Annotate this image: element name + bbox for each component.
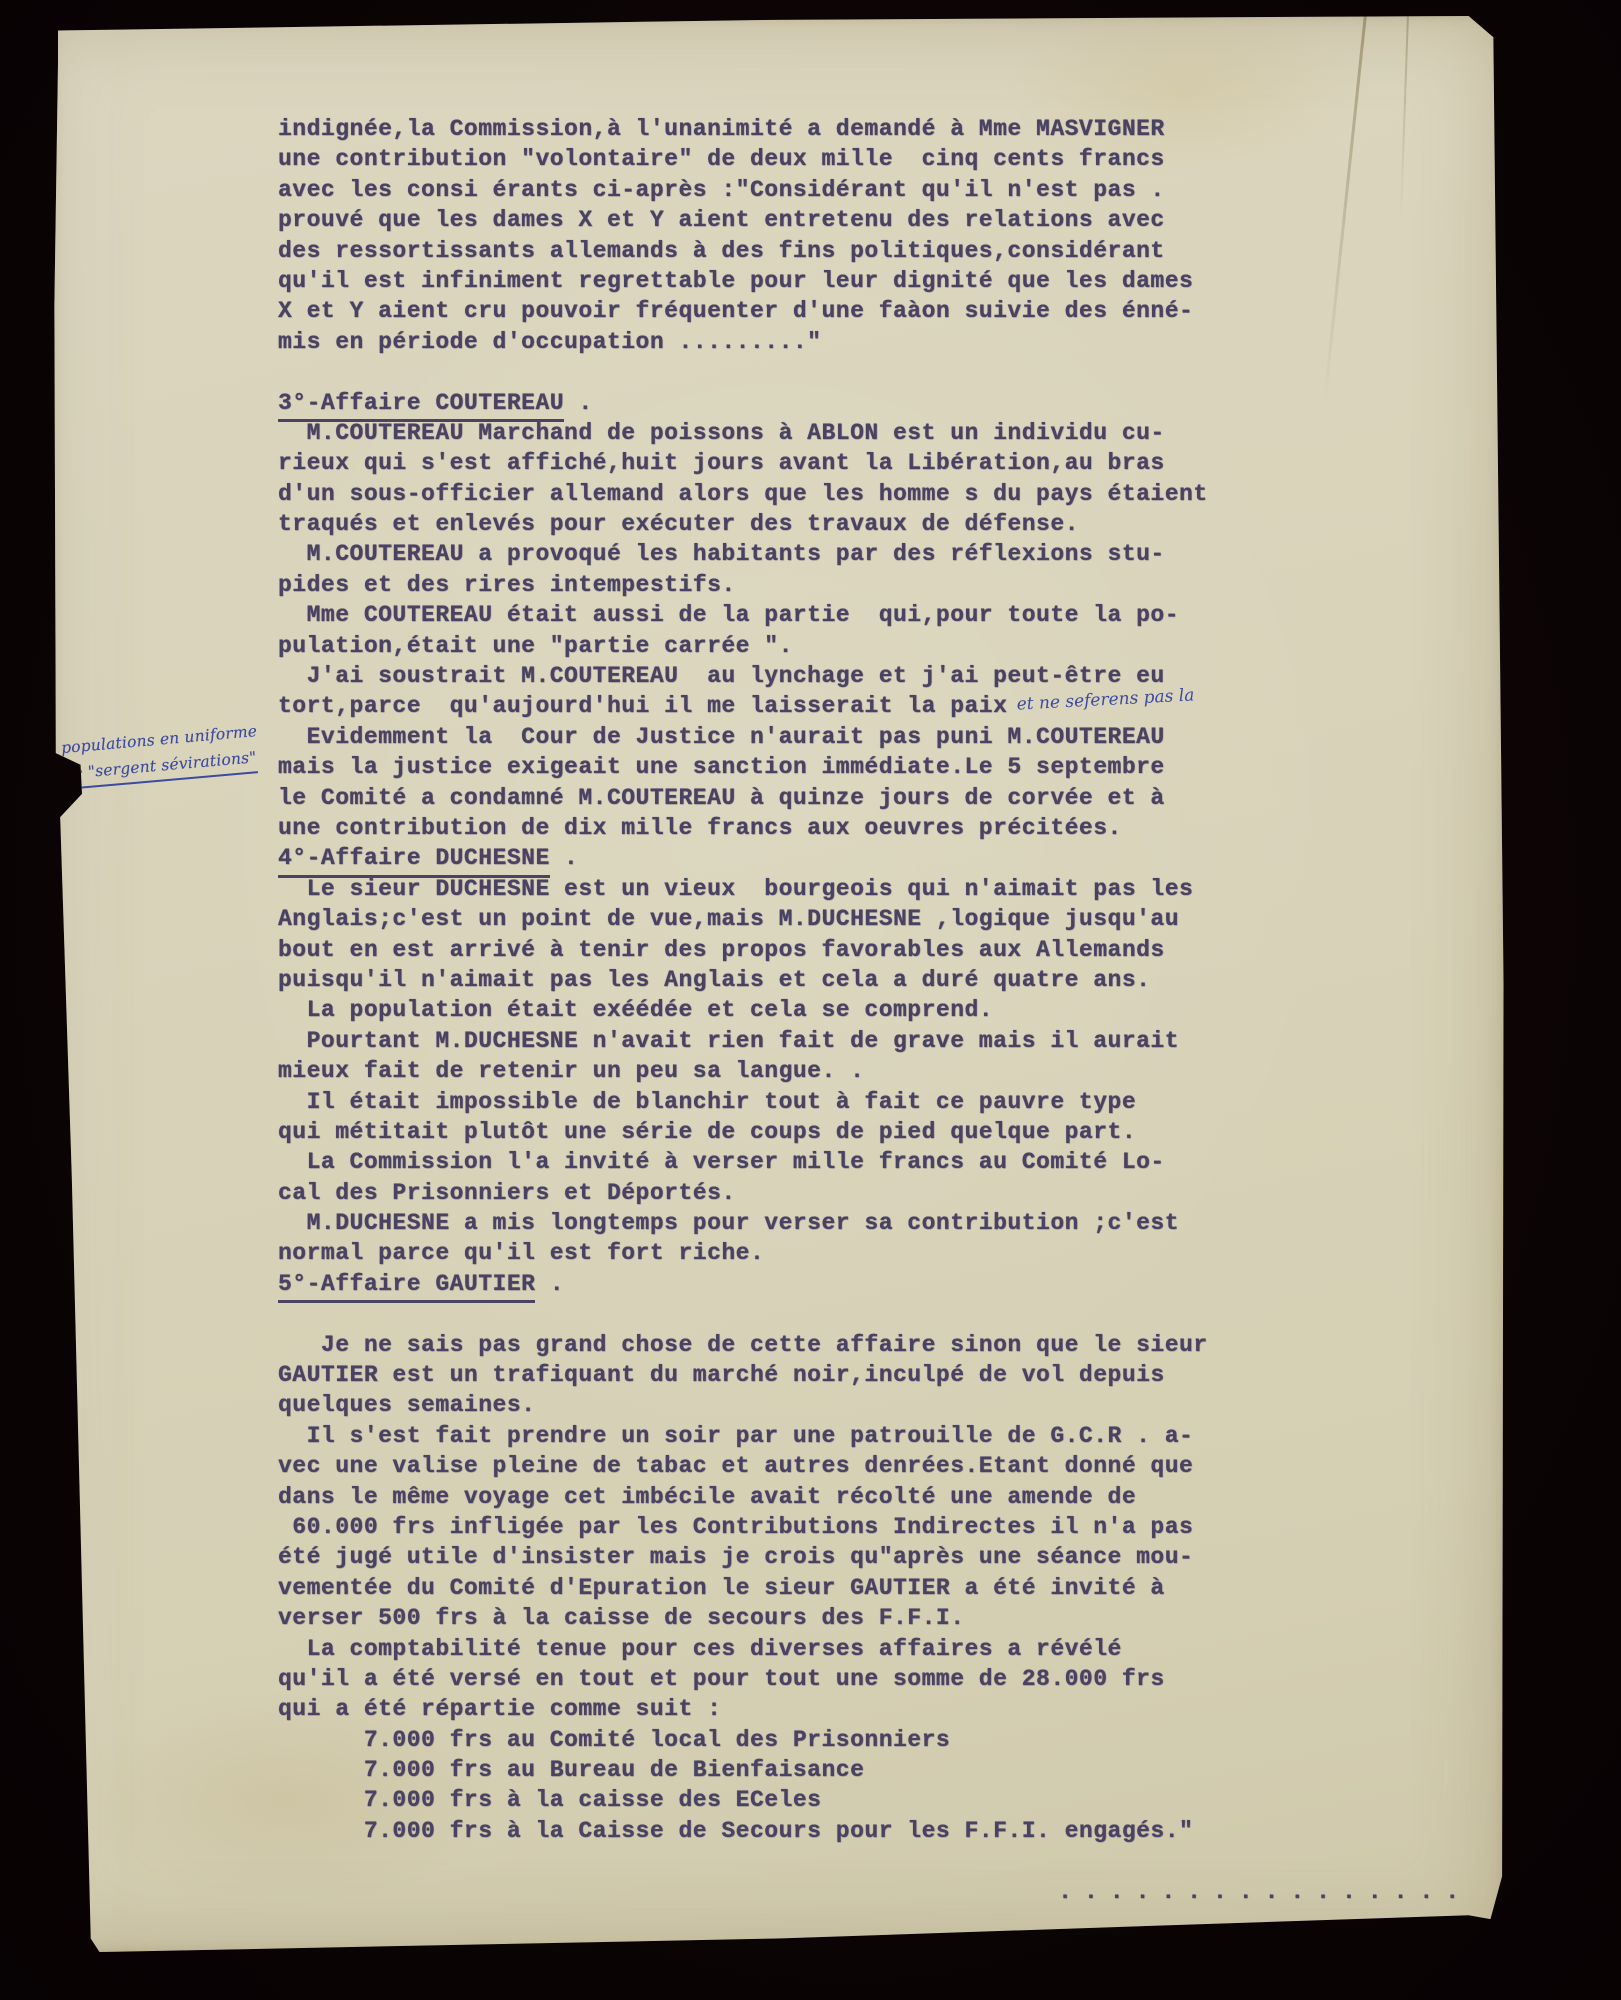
typewritten-line-text: quelques semaines. <box>278 1392 535 1418</box>
typewritten-line-text: verser 500 frs à la caisse de secours de… <box>278 1605 965 1631</box>
typewritten-line: Mme COUTEREAU était aussi de la partie q… <box>278 600 1473 630</box>
typewritten-line: Pourtant M.DUCHESNE n'avait rien fait de… <box>278 1026 1473 1056</box>
section-heading-label: 4°-Affaire DUCHESNE <box>278 843 550 877</box>
typewritten-line: avec les consi érants ci-après :"Considé… <box>278 175 1473 205</box>
typewritten-line-text: 7.000 frs à la caisse des ECeles <box>278 1787 822 1813</box>
trailing-dots-line: ................ <box>278 1877 1473 1907</box>
typewritten-line-text: prouvé que les dames X et Y aient entret… <box>278 207 1165 233</box>
typewritten-line-text: J'ai soustrait M.COUTEREAU au lynchage e… <box>278 663 1165 689</box>
typewritten-line-text: qui métitait plutôt une série de coups d… <box>278 1119 1136 1145</box>
typewritten-line-text: Pourtant M.DUCHESNE n'avait rien fait de… <box>278 1028 1179 1054</box>
typewritten-line: Il s'est fait prendre un soir par une pa… <box>278 1421 1473 1451</box>
typewritten-line: cal des Prisonniers et Déportés. <box>278 1178 1473 1208</box>
typewritten-line: 7.000 frs au Bureau de Bienfaisance <box>278 1755 1473 1785</box>
typewritten-line-text: Le sieur DUCHESNE est un vieux bourgeois… <box>278 876 1193 902</box>
typewritten-line-text: qui a été répartie comme suit : <box>278 1696 721 1722</box>
typewritten-line: rieux qui s'est affiché,huit jours avant… <box>278 448 1473 478</box>
typewritten-line: dans le même voyage cet imbécile avait r… <box>278 1482 1473 1512</box>
typewritten-line-text: rieux qui s'est affiché,huit jours avant… <box>278 450 1165 476</box>
typewritten-line-text: pides et des rires intempestifs. <box>278 572 736 598</box>
typewritten-line-text: 60.000 frs infligée par les Contribution… <box>278 1514 1193 1540</box>
typewritten-line: M.COUTEREAU a provoqué les habitants par… <box>278 539 1473 569</box>
typewritten-line: une contribution de dix mille francs aux… <box>278 813 1473 843</box>
section-heading-label: 3°-Affaire COUTEREAU <box>278 388 564 422</box>
typewritten-line: normal parce qu'il est fort riche. <box>278 1238 1473 1268</box>
section-heading: 4°-Affaire DUCHESNE . <box>278 843 1473 873</box>
typewritten-line-text: puisqu'il n'aimait pas les Anglais et ce… <box>278 967 1150 993</box>
typewritten-line: X et Y aient cru pouvoir fréquenter d'un… <box>278 296 1473 326</box>
typewritten-line: 7.000 frs à la Caisse de Secours pour le… <box>278 1816 1473 1846</box>
typewritten-line: vec une valise pleine de tabac et autres… <box>278 1451 1473 1481</box>
margin-handwritten-note: populations en uniforme de "sergent sévi… <box>60 717 274 790</box>
typewritten-line: Le sieur DUCHESNE est un vieux bourgeois… <box>278 874 1473 904</box>
typewritten-line-text: vementée du Comité d'Epuration le sieur … <box>278 1575 1165 1601</box>
typewritten-line: verser 500 frs à la caisse de secours de… <box>278 1603 1473 1633</box>
typewritten-line-text: 7.000 frs à la Caisse de Secours pour le… <box>278 1818 1193 1844</box>
interlinear-handwritten-note: et ne seferens pas la <box>1017 688 1195 714</box>
typewritten-line: indignée,la Commission,à l'unanimité a d… <box>278 114 1473 144</box>
typewritten-line: La Commission l'a invité à verser mille … <box>278 1147 1473 1177</box>
typewritten-line-text: M.COUTEREAU a provoqué les habitants par… <box>278 541 1165 567</box>
typewritten-line-text: tort,parce qu'aujourd'hui il me laissera… <box>278 693 1007 719</box>
scanned-paper-sheet: populations en uniforme de "sergent sévi… <box>50 14 1505 1954</box>
typewritten-line: prouvé que les dames X et Y aient entret… <box>278 205 1473 235</box>
typewritten-line-text: une contribution de dix mille francs aux… <box>278 815 1122 841</box>
typewritten-line: tort,parce qu'aujourd'hui il me laissera… <box>278 691 1473 721</box>
typewritten-line: La comptabilité tenue pour ces diverses … <box>278 1634 1473 1664</box>
section-heading: 5°-Affaire GAUTIER . <box>278 1269 1473 1299</box>
typewritten-line: mais la justice exigeait une sanction im… <box>278 752 1473 782</box>
typewritten-line: pides et des rires intempestifs. <box>278 570 1473 600</box>
typewritten-line-text: d'un sous-officier allemand alors que le… <box>278 481 1208 507</box>
typewritten-line: J'ai soustrait M.COUTEREAU au lynchage e… <box>278 661 1473 691</box>
typewritten-line: 7.000 frs à la caisse des ECeles <box>278 1785 1473 1815</box>
typewritten-line-text: mis en période d'occupation ........." <box>278 329 822 355</box>
typewritten-line-text: M.COUTEREAU Marchand de poissons à ABLON… <box>278 420 1165 446</box>
typewritten-line-text: GAUTIER est un trafiquant du marché noir… <box>278 1362 1165 1388</box>
typewritten-line-text: M.DUCHESNE a mis longtemps pour verser s… <box>278 1210 1179 1236</box>
typewritten-line: mieux fait de retenir un peu sa langue. … <box>278 1056 1473 1086</box>
typewritten-line: Je ne sais pas grand chose de cette affa… <box>278 1330 1473 1360</box>
section-heading-suffix: . <box>535 1271 564 1297</box>
trailing-dots: ................ <box>1058 1879 1471 1905</box>
typewritten-line: La population était exéédée et cela se c… <box>278 995 1473 1025</box>
typewritten-line-text: normal parce qu'il est fort riche. <box>278 1240 764 1266</box>
typewritten-line: le Comité a condamné M.COUTEREAU à quinz… <box>278 783 1473 813</box>
typewritten-line: qui métitait plutôt une série de coups d… <box>278 1117 1473 1147</box>
typewritten-line: qu'il est infiniment regrettable pour le… <box>278 266 1473 296</box>
typewritten-line-text: traqués et enlevés pour exécuter des tra… <box>278 511 1079 537</box>
typewritten-line: Il était impossible de blanchir tout à f… <box>278 1087 1473 1117</box>
typewritten-line-text: Je ne sais pas grand chose de cette affa… <box>278 1332 1208 1358</box>
typewritten-line: qui a été répartie comme suit : <box>278 1694 1473 1724</box>
blank-line <box>278 1299 1473 1329</box>
typewritten-line-text: La comptabilité tenue pour ces diverses … <box>278 1636 1122 1662</box>
typewritten-line: traqués et enlevés pour exécuter des tra… <box>278 509 1473 539</box>
typewritten-line-text: Anglais;c'est un point de vue,mais M.DUC… <box>278 906 1179 932</box>
typewritten-line: quelques semaines. <box>278 1390 1473 1420</box>
typewritten-line: M.COUTEREAU Marchand de poissons à ABLON… <box>278 418 1473 448</box>
typewritten-line: mis en période d'occupation ........." <box>278 327 1473 357</box>
typewritten-line: qu'il a été versé en tout et pour tout u… <box>278 1664 1473 1694</box>
typewritten-line: 60.000 frs infligée par les Contribution… <box>278 1512 1473 1542</box>
typewritten-line-text: mais la justice exigeait une sanction im… <box>278 754 1165 780</box>
typewritten-line-text: pulation,était une "partie carrée ". <box>278 633 793 659</box>
typewritten-line-text: Il s'est fait prendre un soir par une pa… <box>278 1423 1193 1449</box>
typewritten-line: 7.000 frs au Comité local des Prisonnier… <box>278 1725 1473 1755</box>
typewritten-line: M.DUCHESNE a mis longtemps pour verser s… <box>278 1208 1473 1238</box>
typewritten-line-text: 7.000 frs au Bureau de Bienfaisance <box>278 1757 864 1783</box>
section-heading: 3°-Affaire COUTEREAU . <box>278 388 1473 418</box>
typewritten-text: indignée,la Commission,à l'unanimité a d… <box>278 114 1473 1907</box>
typewritten-line-text: qu'il a été versé en tout et pour tout u… <box>278 1666 1165 1692</box>
typewritten-line: GAUTIER est un trafiquant du marché noir… <box>278 1360 1473 1390</box>
typewritten-line: une contribution "volontaire" de deux mi… <box>278 144 1473 174</box>
typewritten-line-text: Mme COUTEREAU était aussi de la partie q… <box>278 602 1179 628</box>
typewritten-line-text: cal des Prisonniers et Déportés. <box>278 1180 736 1206</box>
section-heading-suffix: . <box>550 845 579 871</box>
typewritten-line-text: mieux fait de retenir un peu sa langue. … <box>278 1058 864 1084</box>
typewritten-line: bout en est arrivé à tenir des propos fa… <box>278 935 1473 965</box>
typewritten-line: été jugé utile d'insister mais je crois … <box>278 1542 1473 1572</box>
typewritten-line-text: X et Y aient cru pouvoir fréquenter d'un… <box>278 298 1193 324</box>
typewritten-line-text: Evidemment la Cour de Justice n'aurait p… <box>278 724 1165 750</box>
typewritten-line-text: avec les consi érants ci-après :"Considé… <box>278 177 1165 203</box>
typewritten-line-text: qu'il est infiniment regrettable pour le… <box>278 268 1193 294</box>
typewritten-line-text: vec une valise pleine de tabac et autres… <box>278 1453 1193 1479</box>
typewritten-line-text: La Commission l'a invité à verser mille … <box>278 1149 1165 1175</box>
typewritten-line: d'un sous-officier allemand alors que le… <box>278 479 1473 509</box>
typewritten-line: pulation,était une "partie carrée ". <box>278 631 1473 661</box>
typewritten-line: vementée du Comité d'Epuration le sieur … <box>278 1573 1473 1603</box>
typewritten-line-text: 7.000 frs au Comité local des Prisonnier… <box>278 1727 950 1753</box>
blank-line <box>278 1846 1473 1876</box>
typewritten-line-text: dans le même voyage cet imbécile avait r… <box>278 1484 1136 1510</box>
section-heading-suffix: . <box>564 390 593 416</box>
typewritten-line-text: une contribution "volontaire" de deux mi… <box>278 146 1165 172</box>
section-heading-label: 5°-Affaire GAUTIER <box>278 1269 535 1303</box>
typewritten-line-text: Il était impossible de blanchir tout à f… <box>278 1089 1136 1115</box>
typewritten-line-text: le Comité a condamné M.COUTEREAU à quinz… <box>278 785 1165 811</box>
typewritten-line: puisqu'il n'aimait pas les Anglais et ce… <box>278 965 1473 995</box>
typewritten-line: Evidemment la Cour de Justice n'aurait p… <box>278 722 1473 752</box>
typewritten-line-text: indignée,la Commission,à l'unanimité a d… <box>278 116 1165 142</box>
typewritten-line-text: des ressortissants allemands à des fins … <box>278 238 1165 264</box>
typewritten-line-text: été jugé utile d'insister mais je crois … <box>278 1544 1193 1570</box>
blank-line <box>278 357 1473 387</box>
typewritten-line: des ressortissants allemands à des fins … <box>278 236 1473 266</box>
typewritten-line-text: bout en est arrivé à tenir des propos fa… <box>278 937 1165 963</box>
typewritten-line-text: La population était exéédée et cela se c… <box>278 997 993 1023</box>
typewritten-line: Anglais;c'est un point de vue,mais M.DUC… <box>278 904 1473 934</box>
